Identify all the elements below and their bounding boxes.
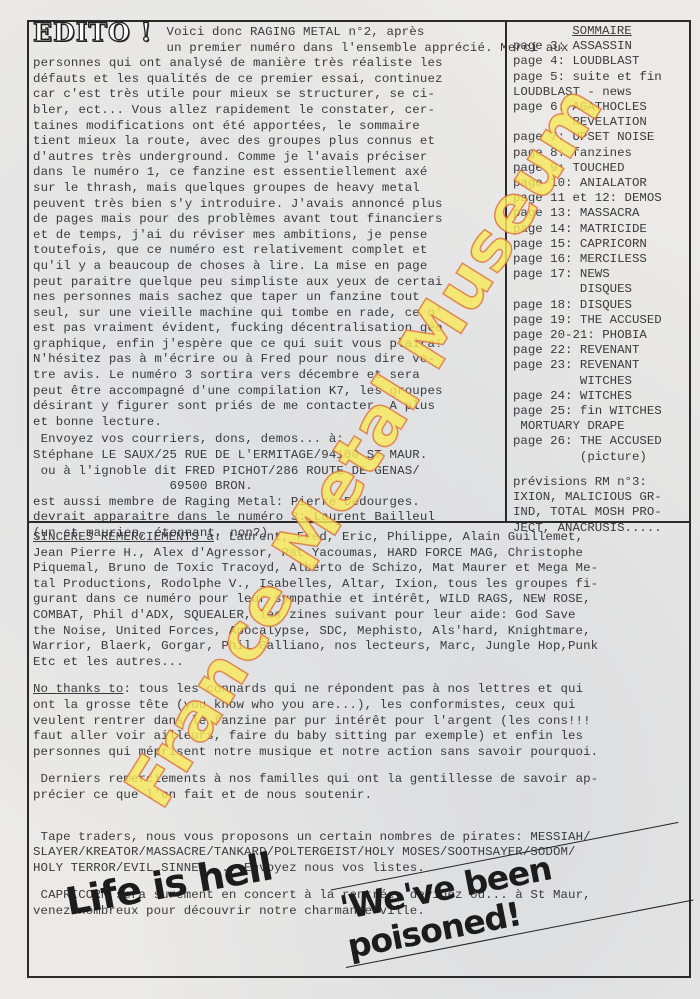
edito-line: et de temps, j'ai du réviser mes ambitio… xyxy=(29,228,505,244)
edito-line: peut paraitre quelque peu simpliste aux … xyxy=(29,275,505,291)
sommaire-entry: WITCHES xyxy=(513,374,691,389)
sommaire-entry: page 7: UPSET NOISE xyxy=(513,130,691,145)
sommaire-entry: LOUDBLAST - news xyxy=(513,85,691,100)
sommaire-title: SOMMAIRE xyxy=(513,24,691,39)
edito-line: et bonne lecture. xyxy=(29,415,505,431)
previsions: prévisions RM n°3:IXION, MALICIOUS GR-IN… xyxy=(513,475,691,536)
edito-line: défauts et les qualités de ce premier es… xyxy=(29,72,505,88)
edito-line: d'autres très underground. Comme je l'av… xyxy=(29,150,505,166)
prevision-line: IXION, MALICIOUS GR- xyxy=(513,490,691,505)
sommaire-entry: page 15: CAPRICORN xyxy=(513,237,691,252)
edito-body: Voici donc RAGING METAL n°2, aprèsun pre… xyxy=(29,22,505,430)
no-thanks-label: No thanks to xyxy=(33,682,123,696)
edito-section: EDITO ! Voici donc RAGING METAL n°2, apr… xyxy=(29,22,505,522)
contact-line: est aussi membre de Raging Metal: Pierre… xyxy=(29,495,505,511)
sommaire-entry: page 10: ANIALATOR xyxy=(513,176,691,191)
edito-line: car c'est très utile pour mieux se struc… xyxy=(29,87,505,103)
sommaire-entry: page 5: suite et fin xyxy=(513,70,691,85)
edito-line: qu'il y a beaucoup de choses à lire. La … xyxy=(29,259,505,275)
sommaire-entry: page 11 et 12: DEMOS xyxy=(513,191,691,206)
contact-line: devrait apparaitre dans le numéro 3: Lau… xyxy=(29,510,505,526)
thanks-text: : Laurent, Fred, Eric, Philippe, Alain G… xyxy=(33,530,598,669)
edito-line: tre avis. Le numéro 3 sortira vers décem… xyxy=(29,368,505,384)
edito-line: sur le thrash, mais quelques groupes de … xyxy=(29,181,505,197)
sommaire-entry: page 3: ASSASSIN xyxy=(513,39,691,54)
edito-title: EDITO ! xyxy=(33,22,153,44)
edito-line: seul, sur une vieille machine qui tombe … xyxy=(29,306,505,322)
thanks-label: SINCERES REMERCIEMENTS à xyxy=(33,530,214,544)
sommaire-entry: page 19: THE ACCUSED xyxy=(513,313,691,328)
families-paragraph: Derniers remerciements à nos familles qu… xyxy=(29,772,689,803)
sommaire-list: page 3: ASSASSINpage 4: LOUDBLASTpage 5:… xyxy=(513,39,691,465)
edito-line: peut être accompagné d'une compilation K… xyxy=(29,384,505,400)
sommaire-entry: page 13: MASSACRA xyxy=(513,206,691,221)
contact-line: Envoyez vos courriers, dons, demos... à: xyxy=(29,432,505,448)
prevision-line: prévisions RM n°3: xyxy=(513,475,691,490)
sommaire-entry: (picture) xyxy=(513,450,691,465)
edito-line: bler, ect... Vous allez rapidement le co… xyxy=(29,103,505,119)
sommaire-entry: page 25: fin WITCHES xyxy=(513,404,691,419)
sommaire-entry: page 26: THE ACCUSED xyxy=(513,434,691,449)
edito-line: est pas vraiment évident, fucking décent… xyxy=(29,321,505,337)
sommaire-entry: REVELATION xyxy=(513,115,691,130)
sommaire-box: SOMMAIRE page 3: ASSASSINpage 4: LOUDBLA… xyxy=(505,22,691,521)
contact-line: Stéphane LE SAUX/25 RUE DE L'ERMITAGE/94… xyxy=(29,448,505,464)
sommaire-entry: page 16: MERCILESS xyxy=(513,252,691,267)
sommaire-entry: page 24: WITCHES xyxy=(513,389,691,404)
edito-line: peuvent très bien s'y introduire. J'avai… xyxy=(29,197,505,213)
section-divider xyxy=(27,521,691,523)
contact-line: 69500 BRON. xyxy=(29,479,505,495)
sommaire-entry: page 18: DISQUES xyxy=(513,298,691,313)
sommaire-entry: DISQUES xyxy=(513,282,691,297)
sommaire-entry: page 17: NEWS xyxy=(513,267,691,282)
edito-line: désirant y figurer sont priés de me cont… xyxy=(29,399,505,415)
no-thanks-paragraph: No thanks to: tous les connards qui ne r… xyxy=(29,682,689,760)
edito-line: toutefois, que ce numéro est relativemen… xyxy=(29,243,505,259)
edito-line: taines modifications ont été apportées, … xyxy=(29,119,505,135)
sommaire-entry: page 20-21: PHOBIA xyxy=(513,328,691,343)
thanks-paragraph: SINCERES REMERCIEMENTS à: Laurent, Fred,… xyxy=(29,530,689,670)
sommaire-entry: page 9: TOUCHED xyxy=(513,161,691,176)
sommaire-entry: page 8: fanzines xyxy=(513,146,691,161)
edito-line: nes personnes mais sachez que taper un f… xyxy=(29,290,505,306)
edito-line: dans le numéro 1, ce fanzine est essenti… xyxy=(29,165,505,181)
edito-contact: Envoyez vos courriers, dons, demos... à:… xyxy=(29,432,505,541)
edito-line: de pages mais pour des problèmes avant t… xyxy=(29,212,505,228)
sommaire-entry: page 22: REVENANT xyxy=(513,343,691,358)
edito-line: graphique, enfin j'espère que ce qui sui… xyxy=(29,337,505,353)
sommaire-entry: page 14: MATRICIDE xyxy=(513,222,691,237)
sommaire-entry: MORTUARY DRAPE xyxy=(513,419,691,434)
sommaire-entry: page 4: LOUDBLAST xyxy=(513,54,691,69)
edito-line: personnes qui ont analysé de manière trè… xyxy=(29,56,505,72)
edito-line: N'hésitez pas à m'écrire ou à Fred pour … xyxy=(29,352,505,368)
prevision-line: IND, TOTAL MOSH PRO- xyxy=(513,505,691,520)
sommaire-entry: page 6: AGATHOCLES xyxy=(513,100,691,115)
sommaire-entry: page 23: REVENANT xyxy=(513,358,691,373)
edito-line: tient mieux la route, avec des groupes p… xyxy=(29,134,505,150)
contact-line: ou à l'ignoble dit FRED PICHOT/286 ROUTE… xyxy=(29,464,505,480)
